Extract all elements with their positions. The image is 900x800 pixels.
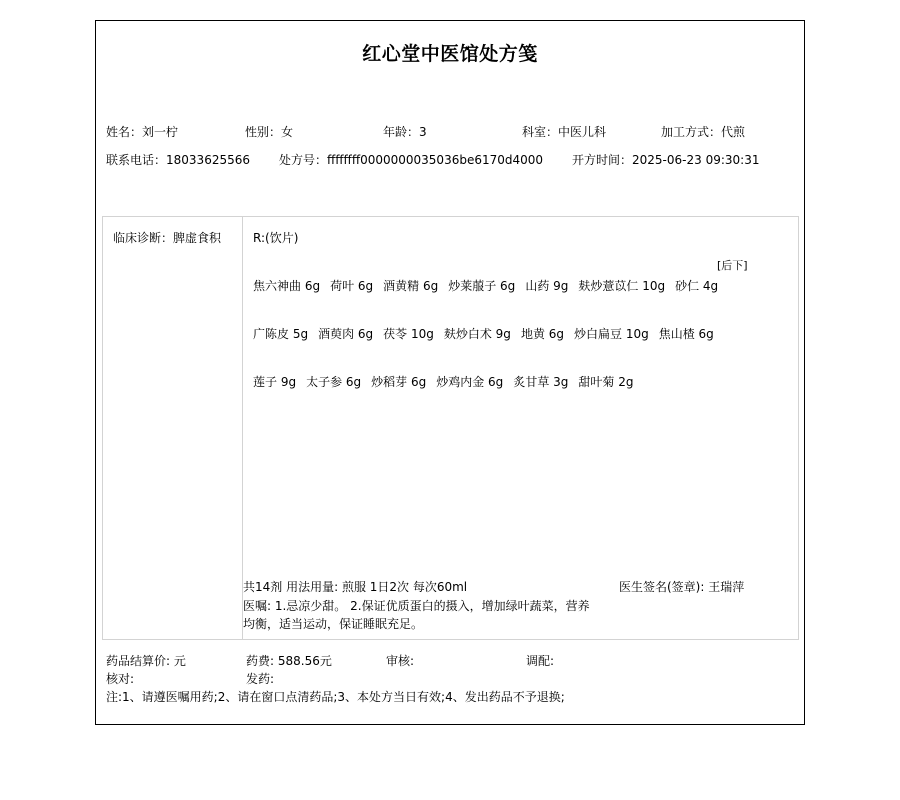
rx-no-value: ffffffff0000000035036be6170d4000: [327, 153, 543, 167]
age-value: 3: [419, 125, 427, 139]
check-field: 核对:: [106, 670, 134, 687]
herb-item: 甜叶菊 2g: [578, 375, 633, 389]
herb-item: 酒萸肉 6g: [318, 327, 373, 341]
patient-gender: 性别：女: [245, 123, 293, 140]
herb-line-1: 焦六神曲 6g荷叶 6g酒黄精 6g炒莱菔子 6g山药 9g麸炒薏苡仁 10g砂…: [253, 277, 728, 294]
doctor-name: 王瑞萍: [708, 580, 744, 594]
issue-field: 发药:: [246, 670, 274, 687]
herb-item: 麸炒白术 9g: [444, 327, 511, 341]
herb-item: 砂仁 4g: [675, 279, 718, 293]
doctor-signature: 医生签名(签章): 王瑞萍: [619, 578, 744, 595]
herb-line-2: 广陈皮 5g酒萸肉 6g茯苓 10g麸炒白术 9g地黄 6g炒白扁豆 10g焦山…: [253, 325, 724, 342]
herb-item: 广陈皮 5g: [253, 327, 308, 341]
herb-item: 炒鸡内金 6g: [436, 375, 503, 389]
herb-item: 山药 9g: [525, 279, 568, 293]
herb-item: 焦六神曲 6g: [253, 279, 320, 293]
processing-label: 加工方式：: [661, 125, 721, 139]
medical-advice-line-1: 医嘱: 1.忌凉少甜。 2.保证优质蛋白的摄入，增加绿叶蔬菜，营养: [243, 597, 590, 614]
column-divider: [242, 217, 243, 639]
footer-note: 注:1、请遵医嘱用药;2、请在窗口点清药品;3、本处方当日有效;4、发出药品不予…: [106, 688, 565, 705]
medical-advice-line-2: 均衡，适当运动，保证睡眠充足。: [243, 615, 423, 632]
prescription-sheet: 红心堂中医馆处方笺 姓名：刘一柠 性别：女 年龄：3 科室：中医儿科 加工方式：…: [95, 20, 805, 725]
herb-item: 地黄 6g: [521, 327, 564, 341]
department: 科室：中医儿科: [522, 123, 606, 140]
post-decoction-tag: [后下]: [717, 257, 748, 273]
department-value: 中医儿科: [558, 125, 606, 139]
herb-item: 炒莱菔子 6g: [448, 279, 515, 293]
name-value: 刘一柠: [142, 125, 178, 139]
prescription-time: 开方时间：2025-06-23 09:30:31: [572, 151, 759, 168]
herb-line-3: 莲子 9g太子参 6g炒稻芽 6g炒鸡内金 6g炙甘草 3g甜叶菊 2g: [253, 373, 643, 390]
usage-dosage: 共14剂 用法用量: 煎服 1日2次 每次60ml: [243, 578, 467, 595]
herb-item: 茯苓 10g: [383, 327, 434, 341]
rx-time-value: 2025-06-23 09:30:31: [632, 153, 759, 167]
herb-item: 焦山楂 6g: [659, 327, 714, 341]
drug-fee: 药费: 588.56元: [246, 652, 332, 669]
herb-item: 莲子 9g: [253, 375, 296, 389]
herb-item: 太子参 6g: [306, 375, 361, 389]
prescription-table: 临床诊断：脾虚食积 R:(饮片) [后下] 焦六神曲 6g荷叶 6g酒黄精 6g…: [102, 216, 799, 640]
page-title: 红心堂中医馆处方笺: [96, 39, 804, 66]
prescription-number: 处方号：ffffffff0000000035036be6170d4000: [279, 151, 543, 168]
diagnosis-value: 脾虚食积: [173, 231, 221, 245]
phone-label: 联系电话：: [106, 153, 166, 167]
rx-time-label: 开方时间：: [572, 153, 632, 167]
phone-value: 18033625566: [166, 153, 250, 167]
diagnosis-label: 临床诊断：: [113, 231, 173, 245]
name-label: 姓名：: [106, 125, 142, 139]
rx-header: R:(饮片): [253, 229, 298, 246]
rx-no-label: 处方号：: [279, 153, 327, 167]
clinical-diagnosis: 临床诊断：脾虚食积: [113, 229, 221, 246]
herb-item: 炙甘草 3g: [513, 375, 568, 389]
herb-item: 酒黄精 6g: [383, 279, 438, 293]
processing-method: 加工方式：代煎: [661, 123, 745, 140]
settle-price: 药品结算价: 元: [106, 652, 186, 669]
department-label: 科室：: [522, 125, 558, 139]
gender-label: 性别：: [245, 125, 281, 139]
patient-name: 姓名：刘一柠: [106, 123, 178, 140]
age-label: 年龄：: [383, 125, 419, 139]
herb-item: 炒稻芽 6g: [371, 375, 426, 389]
contact-phone: 联系电话：18033625566: [106, 151, 250, 168]
herb-item: 炒白扁豆 10g: [574, 327, 649, 341]
review-field: 审核:: [386, 652, 414, 669]
herb-item: 荷叶 6g: [330, 279, 373, 293]
gender-value: 女: [281, 125, 293, 139]
dispense-mix-field: 调配:: [526, 652, 554, 669]
doctor-label: 医生签名(签章):: [619, 580, 708, 594]
patient-age: 年龄：3: [383, 123, 427, 140]
processing-value: 代煎: [721, 125, 745, 139]
herb-item: 麸炒薏苡仁 10g: [578, 279, 665, 293]
